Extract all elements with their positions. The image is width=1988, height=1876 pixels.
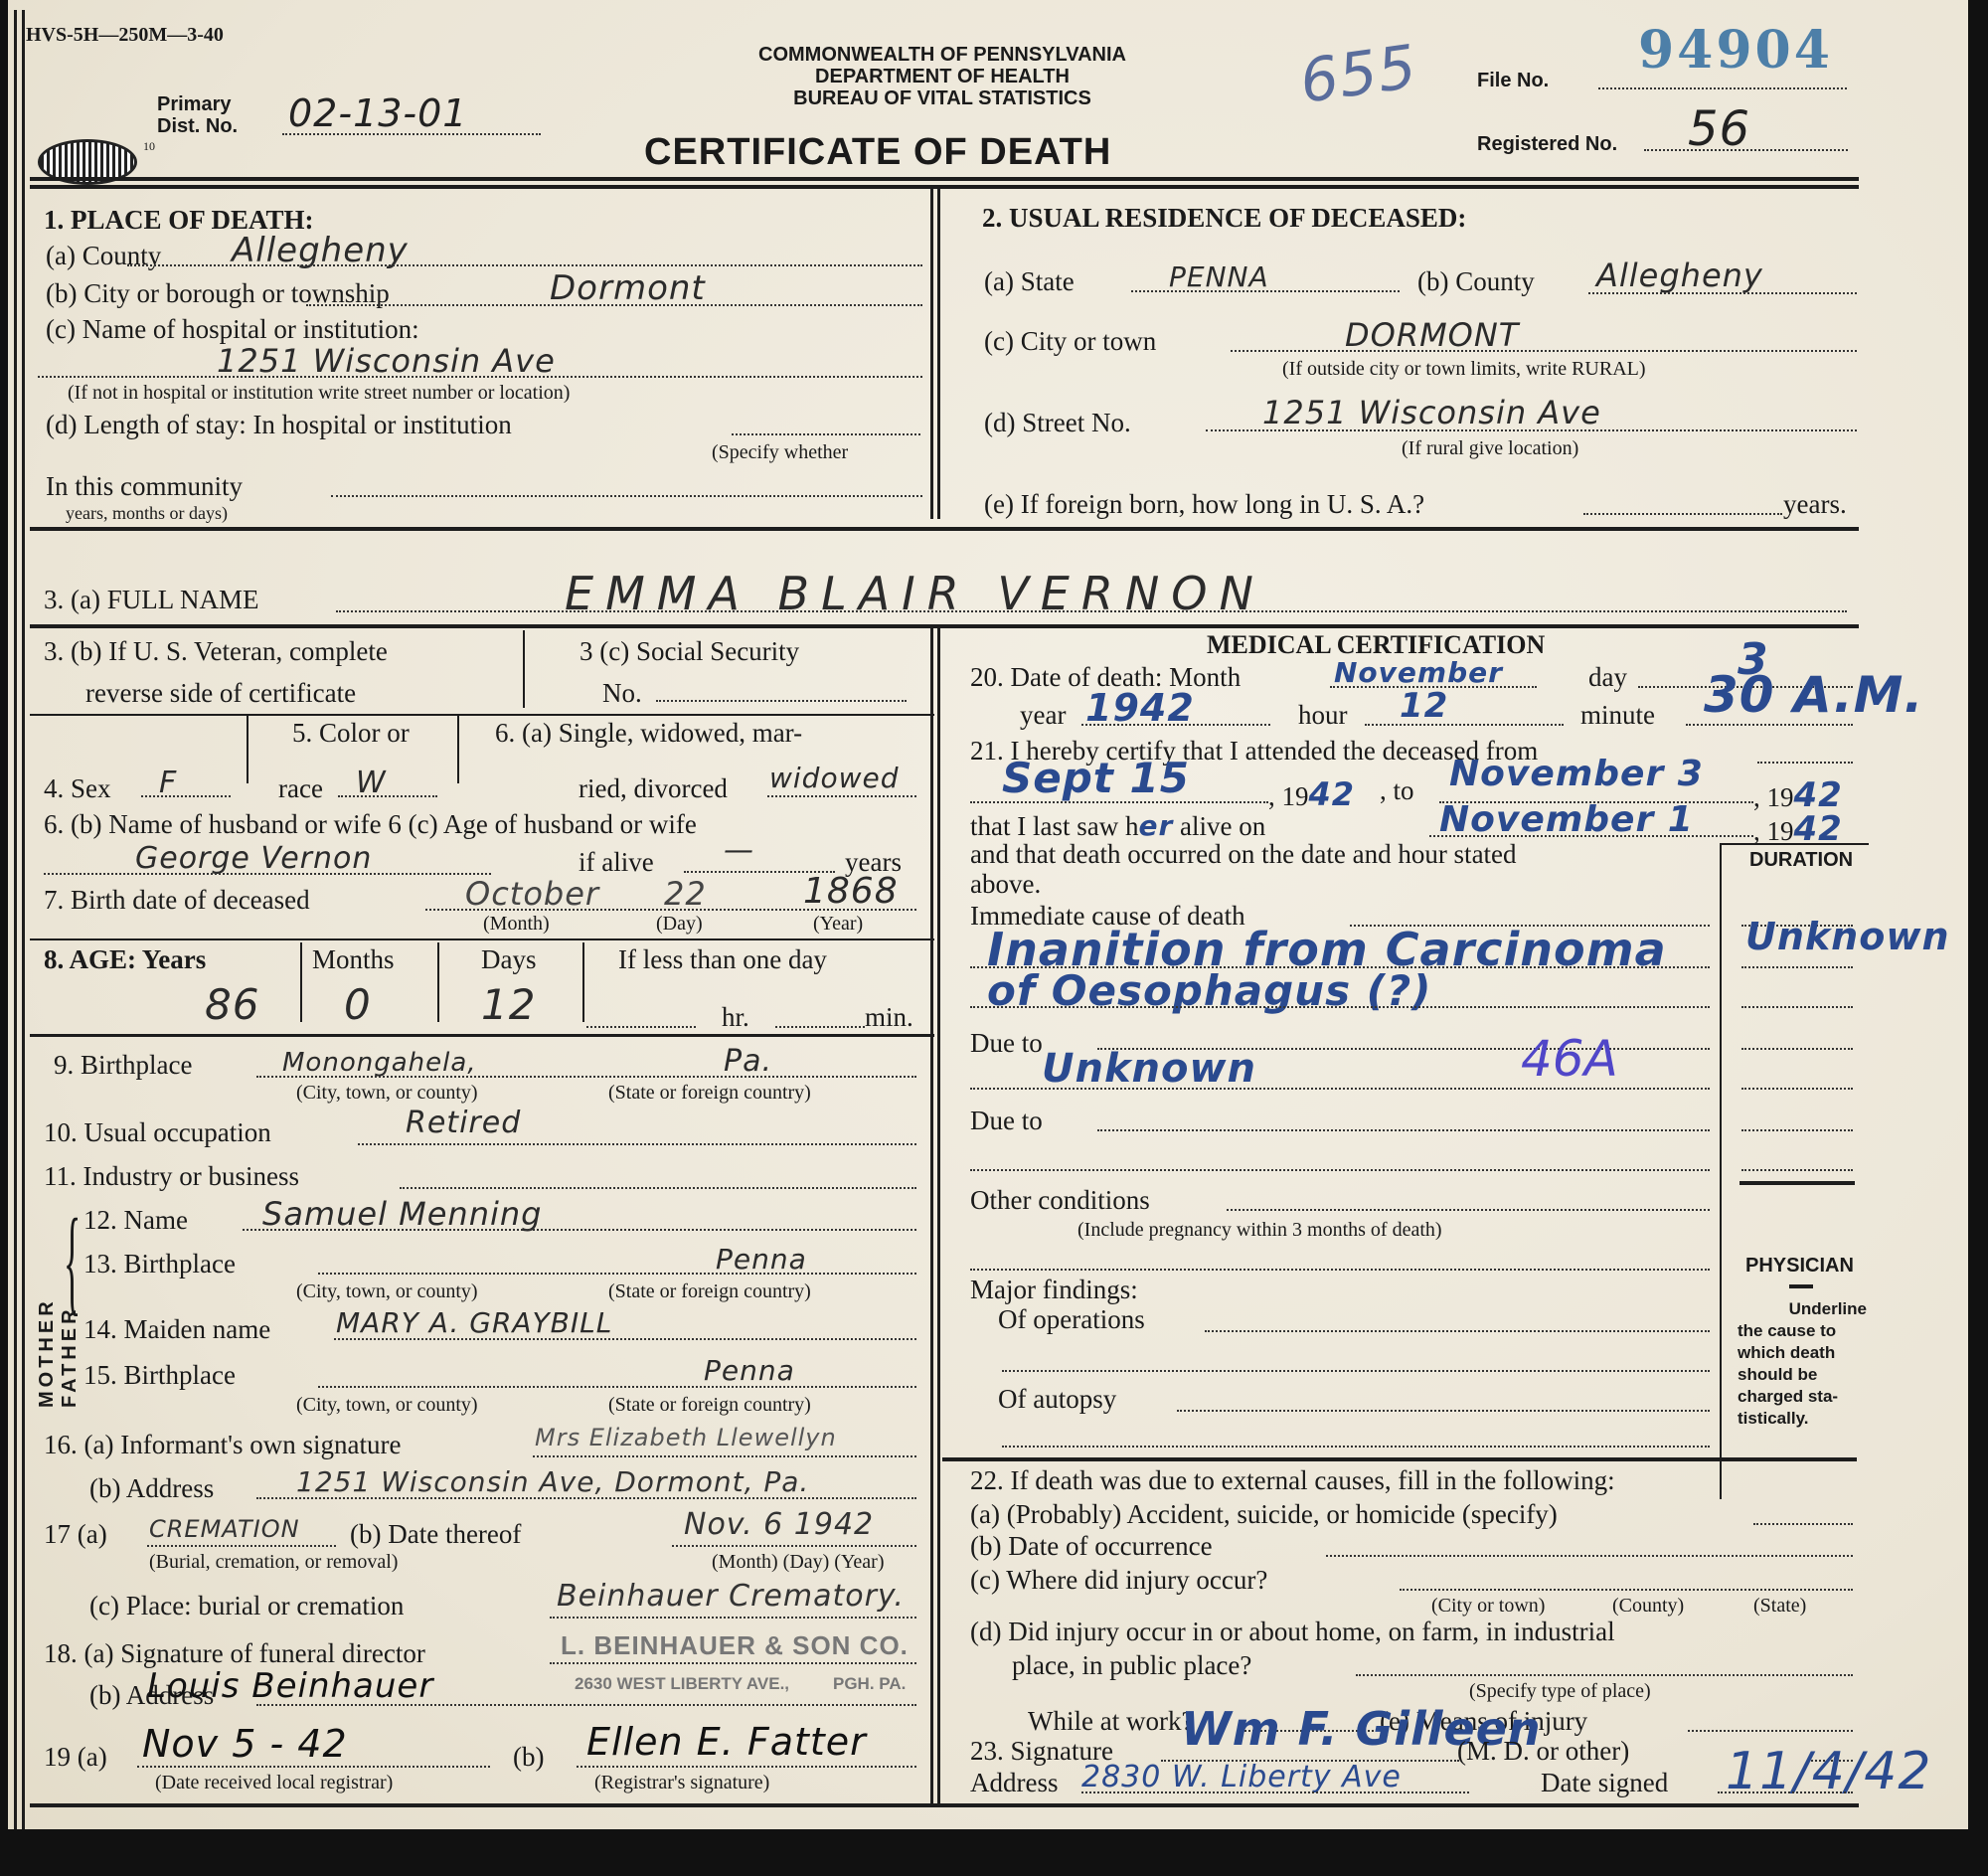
disposition-date-label: (b) Date thereof (350, 1519, 521, 1550)
column-divider (930, 626, 933, 1807)
section-divider-2 (937, 189, 940, 519)
ssn-label-2: No. (602, 678, 642, 709)
registrar-date-line (137, 1766, 490, 1768)
min-label: min. (865, 1002, 913, 1033)
hr-label: hr. (722, 1002, 749, 1033)
registered-no-line (1644, 149, 1848, 151)
res-county-value: Allegheny (1596, 256, 1763, 294)
primary-dist-line (282, 133, 541, 135)
disposition-method-label: 17 (a) (44, 1519, 107, 1550)
cause-code-mark: 46A (1521, 1030, 1618, 1088)
registrar-signature-line (577, 1766, 916, 1768)
pod-city-value: Dormont (550, 268, 706, 308)
color-label: 5. Color or (292, 718, 410, 749)
min-line (775, 1026, 865, 1028)
physician-heading: PHYSICIAN (1745, 1255, 1854, 1278)
pod-county-label: (a) County (46, 241, 161, 271)
disposition-place-value: Beinhauer Crematory. (557, 1579, 905, 1614)
disposition-date-note: (Month) (Day) (Year) (712, 1551, 884, 1574)
operations-line-2 (1002, 1370, 1710, 1372)
funeral-stamp-address: 2630 WEST LIBERTY AVE., (575, 1674, 789, 1694)
birth-date-label: 7. Birth date of deceased (44, 885, 310, 916)
agency-block: COMMONWEALTH OF PENNSYLVANIA DEPARTMENT … (694, 44, 1191, 109)
certifier-address-label: Address (970, 1768, 1059, 1798)
res-street-label: (d) Street No. (984, 408, 1131, 438)
pod-community-label: In this community (46, 471, 243, 502)
informant-address-value: 1251 Wisconsin Ave, Dormont, Pa. (296, 1465, 809, 1498)
death-hour-value: 12 (1400, 686, 1448, 726)
hr-line (586, 1026, 696, 1028)
birthplace-line (256, 1076, 916, 1078)
ssn-label: 3 (c) Social Security (580, 636, 799, 667)
funeral-address-line (256, 1704, 916, 1706)
birthplace-state-note: (State or foreign country) (608, 1082, 811, 1105)
due-to-2-label: Due to (970, 1106, 1043, 1136)
other-conditions-note: (Include pregnancy within 3 months of de… (1077, 1219, 1442, 1242)
marital-line (767, 795, 916, 797)
attended-from-line (970, 801, 1268, 803)
death-minute-label: minute (1580, 700, 1655, 731)
header-rule (30, 177, 1859, 181)
res-city-line (1231, 350, 1857, 352)
stated-label: and that death occurred on the date and … (970, 839, 1517, 870)
duration-line-4 (1741, 1048, 1853, 1050)
section-divider (930, 189, 933, 519)
duration-line-7 (1741, 1169, 1853, 1171)
pod-hospital-note: (If not in hospital or institution write… (68, 382, 570, 405)
pod-hospital-label: (c) Name of hospital or institution: (46, 314, 419, 345)
sex-divider (247, 714, 248, 783)
external-c-city-note: (City or town) (1431, 1595, 1545, 1618)
father-birthplace-value: Penna (716, 1243, 807, 1276)
external-d-label-2: place, in public place? (1012, 1650, 1251, 1681)
residence-heading: 2. USUAL RESIDENCE OF DECEASED: (982, 203, 1466, 234)
month-note: (Month) (483, 913, 550, 936)
external-heading: 22. If death was due to external causes,… (970, 1465, 1615, 1496)
father-name-value: Samuel Menning (262, 1195, 542, 1233)
informant-signature-label: 16. (a) Informant's own signature (44, 1430, 402, 1460)
occupation-label: 10. Usual occupation (44, 1117, 271, 1148)
race-line (338, 795, 437, 797)
attended-to-value: November 3 (1449, 754, 1704, 794)
informant-address-line (256, 1497, 916, 1499)
res-street-note: (If rural give location) (1402, 437, 1578, 460)
veteran-label: 3. (b) If U. S. Veteran, complete (44, 636, 388, 667)
birthplace-city-note: (City, town, or county) (296, 1082, 478, 1105)
res-state-value: PENNA (1169, 260, 1269, 293)
pod-stay-label: (d) Length of stay: In hospital or insti… (46, 410, 512, 440)
spouse-age-label: if alive (579, 847, 654, 878)
age-months-label: Months (312, 944, 395, 975)
duration-line-3 (1741, 1006, 1853, 1008)
due-to-1-line-2 (970, 1088, 1710, 1090)
physician-note: Underline the cause to which death shoul… (1738, 1298, 1867, 1430)
other-conditions-line-2 (970, 1269, 1710, 1271)
certifier-address-line (1081, 1791, 1469, 1793)
color-divider (457, 714, 459, 783)
external-c-state-note: (State) (1753, 1595, 1806, 1618)
immediate-line-3 (970, 1006, 1710, 1008)
age-years-value: 86 (205, 980, 259, 1029)
file-no-stamp: 94904 (1638, 20, 1833, 81)
medical-end-rule (942, 1457, 1857, 1461)
duration-line-2 (1741, 966, 1853, 968)
duration-heading: DURATION (1749, 849, 1853, 872)
duration-divider (1720, 843, 1722, 1499)
left-border-inner (22, 10, 25, 1829)
pod-city-line (306, 304, 922, 306)
from-year: , 1942 (1268, 775, 1355, 813)
industry-label: 11. Industry or business (44, 1161, 299, 1192)
father-name-label: 12. Name (83, 1205, 188, 1236)
external-d-line (1356, 1674, 1853, 1676)
means-of-injury-line (1688, 1730, 1853, 1732)
footer-rule (30, 1803, 1859, 1807)
external-c-line (1400, 1589, 1853, 1591)
informant-signature-value: Mrs Elizabeth Llewellyn (535, 1424, 837, 1451)
father-state-note: (State or foreign country) (608, 1280, 811, 1303)
duration-end-rule (1739, 1181, 1855, 1185)
funeral-stamp-name: L. BEINHAUER & SON CO. (561, 1630, 909, 1661)
funeral-signature-label: 18. (a) Signature of funeral director (44, 1638, 425, 1669)
marital-label-2: ried, divorced (579, 773, 728, 804)
while-at-work-label: While at work? (1028, 1706, 1193, 1737)
day-note: (Day) (656, 913, 703, 936)
birth-month: October (465, 875, 599, 913)
autopsy-label: Of autopsy (998, 1384, 1116, 1415)
birthplace-label: 9. Birthplace (54, 1050, 192, 1081)
age-days-value: 12 (481, 980, 536, 1029)
mother-name-line (334, 1338, 916, 1340)
age-rule (30, 1034, 934, 1037)
birth-year: 1868 (803, 871, 899, 912)
section-rule (30, 527, 1859, 531)
res-city-label: (c) City or town (984, 326, 1156, 357)
mother-birthplace-label: 15. Birthplace (83, 1360, 236, 1391)
industry-line (400, 1187, 916, 1189)
mother-birthplace-line (318, 1386, 916, 1388)
full-name-label: 3. (a) FULL NAME (44, 585, 258, 615)
file-no-line (1598, 87, 1847, 89)
primary-dist-label: Primary Dist. No. (157, 93, 238, 137)
birthplace-state: Pa. (724, 1044, 772, 1079)
death-year-label: year (1020, 700, 1066, 731)
mother-city-note: (City, town, or county) (296, 1394, 478, 1417)
mother-name-value: MARY A. GRAYBILL (336, 1306, 612, 1339)
parents-brace-icon: { (64, 1201, 81, 1320)
birthplace-city: Monongahela, (282, 1048, 477, 1078)
marital-value: widowed (769, 762, 899, 794)
immediate-duration-value: Unknown (1745, 915, 1950, 958)
death-hour-line (1365, 724, 1564, 726)
res-county-line (1588, 292, 1857, 294)
primary-dist-value: 02-13-01 (288, 91, 467, 135)
mother-birthplace-value: Penna (704, 1354, 795, 1387)
agency-line-2: DEPARTMENT OF HEALTH (694, 66, 1191, 87)
major-findings-label: Major findings: (970, 1275, 1138, 1305)
pod-hospital-value: 1251 Wisconsin Ave (217, 342, 556, 380)
res-street-value: 1251 Wisconsin Ave (1262, 394, 1601, 431)
death-certificate: HVS-5H—250M—3-40 Primary Dist. No. 02-13… (8, 0, 1968, 1829)
birth-day: 22 (664, 875, 707, 913)
res-foreign-suffix: years. (1783, 489, 1847, 520)
registrar-date-note: (Date received local registrar) (155, 1772, 393, 1794)
column-divider-2 (937, 626, 940, 1807)
certifier-date-line (1718, 1791, 1853, 1793)
agency-line-1: COMMONWEALTH OF PENNSYLVANIA (694, 44, 1191, 66)
race-label: race (278, 773, 323, 804)
external-b-label: (b) Date of occurrence (970, 1531, 1213, 1562)
mother-name-label: 14. Maiden name (83, 1314, 270, 1345)
file-no-label: File No. (1477, 70, 1549, 92)
due-to-1-label: Due to (970, 1028, 1043, 1059)
agency-line-3: BUREAU OF VITAL STATISTICS (694, 87, 1191, 109)
last-saw-label: that I last saw her alive on (970, 809, 1265, 842)
external-d-label: (d) Did injury occur in or about home, o… (970, 1617, 1615, 1647)
disposition-date-value: Nov. 6 1942 (684, 1507, 874, 1542)
registrar-date-value: Nov 5 - 42 (142, 1722, 348, 1766)
vet-divider (523, 630, 525, 708)
less-day-label: If less than one day (618, 944, 827, 975)
spouse-label: 6. (b) Name of husband or wife 6 (c) Age… (44, 809, 697, 840)
autopsy-line (1177, 1410, 1710, 1412)
age-divider-3 (582, 942, 584, 1022)
stated-label-2: above. (970, 869, 1041, 900)
autopsy-line-2 (1002, 1446, 1710, 1448)
external-c-county-note: (County) (1612, 1595, 1684, 1618)
registrar-signature-note: (Registrar's signature) (594, 1772, 769, 1794)
disposition-place-line (550, 1617, 916, 1619)
death-minute-value: 30 A.M. (1704, 666, 1923, 724)
registered-no-label: Registered No. (1477, 133, 1617, 156)
year-note: (Year) (813, 913, 863, 936)
full-name-line (336, 610, 1847, 612)
veteran-label-2: reverse side of certificate (85, 678, 356, 709)
death-month-value: November (1334, 656, 1503, 689)
death-minute-line (1686, 724, 1853, 726)
attended-from-value: Sept 15 (1002, 754, 1190, 802)
duration-line-5 (1741, 1088, 1853, 1090)
disposition-date-line (672, 1545, 916, 1547)
pod-stay-line (732, 433, 920, 435)
certifier-address-value: 2830 W. Liberty Ave (1081, 1760, 1402, 1794)
last-saw-line (1429, 835, 1753, 837)
spouse-value: George Vernon (135, 841, 372, 876)
pod-hospital-line (38, 376, 922, 378)
duration-line-6 (1741, 1129, 1853, 1131)
father-birthplace-label: 13. Birthplace (83, 1249, 236, 1279)
funeral-stamp-city: PGH. PA. (833, 1674, 906, 1694)
registrar-signature-label: (b) (513, 1742, 544, 1773)
disposition-method-value: CREMATION (149, 1515, 300, 1543)
occupation-value: Retired (406, 1106, 521, 1140)
page-title: CERTIFICATE OF DEATH (644, 131, 1111, 174)
pod-stay-note: (Specify whether (712, 441, 848, 464)
res-state-label: (a) State (984, 266, 1075, 297)
form-code: HVS-5H—250M—3-40 (26, 24, 224, 47)
operations-line (1205, 1330, 1710, 1332)
res-foreign-label: (e) If foreign born, how long in U. S. A… (984, 489, 1424, 520)
disposition-method-note: (Burial, cremation, or removal) (149, 1551, 398, 1574)
sex-label: 4. Sex (44, 773, 111, 804)
operations-label: Of operations (998, 1304, 1145, 1335)
age-days-label: Days (481, 944, 537, 975)
physician-dash (1789, 1284, 1813, 1288)
certifier-signature-suffix: (M. D. or other) (1457, 1736, 1629, 1767)
header-rule-2 (30, 185, 1859, 189)
occupation-line (358, 1143, 916, 1145)
registrar-date-label: 19 (a) (44, 1742, 107, 1773)
due-to-1-value: Unknown (1042, 1046, 1256, 1092)
registrar-signature-value: Ellen E. Fatter (586, 1720, 867, 1764)
funeral-signature-value: Louis Beinhauer (147, 1666, 433, 1706)
death-hour-label: hour (1298, 700, 1348, 731)
disposition-place-label: (c) Place: burial or cremation (89, 1591, 404, 1621)
external-a-label: (a) (Probably) Accident, suicide, or hom… (970, 1499, 1558, 1530)
pod-community-note: years, months or days) (66, 503, 228, 524)
other-conditions-line (1227, 1209, 1710, 1211)
margin-note: 655 (1296, 32, 1421, 117)
death-year-line (1081, 724, 1270, 726)
age-months-value: 0 (344, 980, 372, 1029)
res-city-note: (If outside city or town limits, write R… (1282, 358, 1646, 381)
res-state-line (1131, 290, 1400, 292)
marital-label: 6. (a) Single, widowed, mar- (495, 718, 802, 749)
father-city-note: (City, town, or county) (296, 1280, 478, 1303)
due-to-2-line-2 (970, 1169, 1710, 1171)
duration-rule (1720, 843, 1869, 845)
spouse-age-value: — (724, 833, 754, 868)
res-city-value: DORMONT (1345, 316, 1519, 354)
spouse-line (44, 873, 491, 875)
father-birthplace-line (318, 1273, 916, 1275)
certifier-date-label: Date signed (1541, 1768, 1668, 1798)
disposition-method-line (147, 1545, 336, 1547)
due-to-2-line (1097, 1129, 1710, 1131)
age-divider-1 (300, 942, 302, 1022)
pod-community-line (331, 495, 922, 497)
res-foreign-line (1583, 513, 1782, 515)
age-divider-2 (437, 942, 439, 1022)
sex-line (141, 795, 231, 797)
external-c-label: (c) Where did injury occur? (970, 1565, 1267, 1596)
age-years-label: 8. AGE: Years (44, 944, 206, 975)
ssn-rule (30, 714, 934, 716)
informant-signature-line (533, 1455, 916, 1457)
seal-number: 10 (143, 139, 155, 154)
left-border (14, 10, 17, 1829)
pod-county-line (127, 264, 922, 266)
informant-address-label: (b) Address (89, 1473, 214, 1504)
birth-rule (30, 938, 934, 940)
res-street-line (1206, 429, 1857, 431)
birth-line (425, 909, 916, 911)
name-rule (30, 624, 1859, 628)
ssn-line (656, 700, 907, 702)
funeral-signature-line (550, 1662, 916, 1664)
death-day-label: day (1588, 662, 1627, 693)
external-b-line (1326, 1555, 1853, 1557)
external-a-line (1753, 1523, 1853, 1525)
last-saw-date: November 1 (1439, 799, 1694, 840)
external-d-note: (Specify type of place) (1469, 1680, 1651, 1703)
to-label: , to (1380, 775, 1414, 806)
father-name-line (243, 1229, 916, 1231)
certify-line (1757, 762, 1853, 764)
mother-state-note: (State or foreign country) (608, 1394, 811, 1417)
res-county-label: (b) County (1417, 266, 1535, 297)
other-conditions-label: Other conditions (970, 1185, 1150, 1216)
